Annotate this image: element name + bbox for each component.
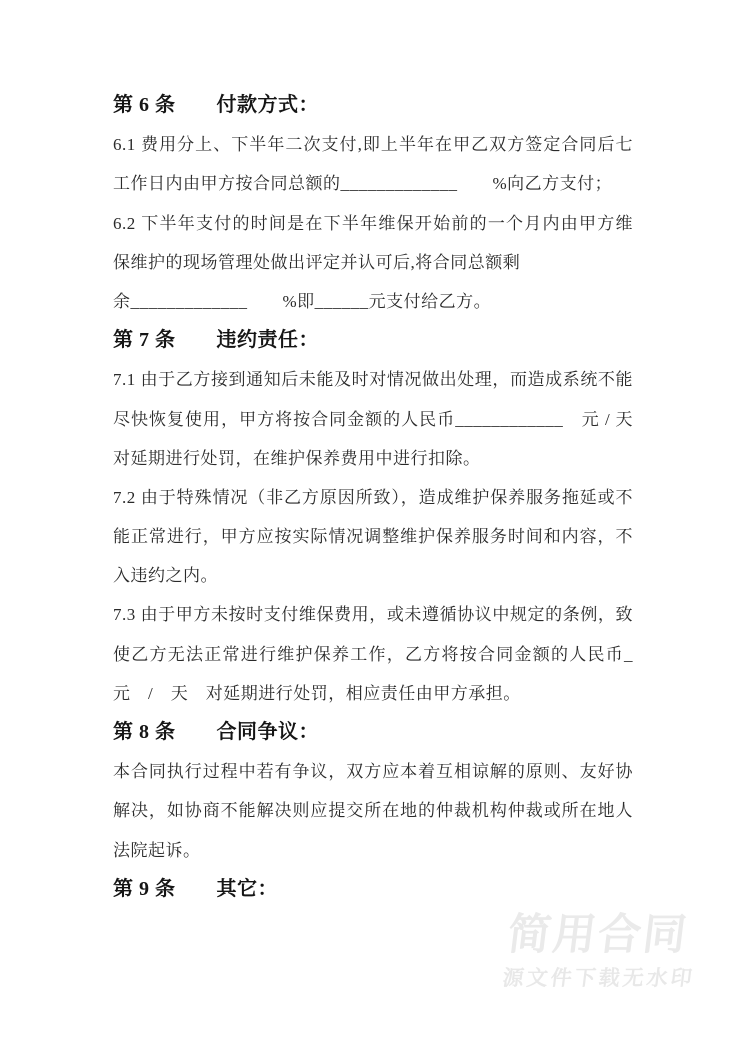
watermark-subtitle: 源文件下载无水印 — [501, 966, 696, 992]
clause-6-2-line-2: 保维护的现场管理处做出评定并认可后,将合同总额剩 — [113, 243, 633, 282]
clause-7-3-line-2: 使乙方无法正常进行维护保养工作，乙方将按合同金额的人民币_ — [113, 635, 633, 674]
clause-6-1-line-2: 工作日内由甲方按合同总额的_____________ %向乙方支付； — [113, 164, 633, 203]
clause-7-2-line-2: 能正常进行，甲方应按实际情况调整维护保养服务时间和内容，不计 — [113, 517, 633, 556]
article-8-heading: 第 8 条 合同争议： — [113, 713, 633, 752]
clause-6-2-line-1: 6.2 下半年支付的时间是在下半年维保开始前的一个月内由甲方维 — [113, 204, 633, 243]
clause-6-2-line-3: 余_____________ %即______元支付给乙方。 — [113, 282, 633, 321]
clause-7-1-line-2: 尽快恢复使用，甲方将按合同金额的人民币____________ 元 / 天 — [113, 400, 633, 439]
clause-8-line-1: 本合同执行过程中若有争议，双方应本着互相谅解的原则、友好协商 — [113, 752, 633, 791]
clause-8-line-2: 解决，如协商不能解决则应提交所在地的仲裁机构仲裁或所在地人民 — [113, 791, 633, 830]
clause-6-1-line-1: 6.1 费用分上、下半年二次支付,即上半年在甲乙双方签定合同后七个 — [113, 125, 633, 164]
watermark-title: 简用合同 — [505, 910, 703, 960]
watermark: 简用合同 源文件下载无水印 — [501, 910, 703, 992]
clause-7-1-line-1: 7.1 由于乙方接到通知后未能及时对情况做出处理，而造成系统不能 — [113, 360, 633, 399]
contract-page: 第 6 条 付款方式： 6.1 费用分上、下半年二次支付,即上半年在甲乙双方签定… — [0, 0, 742, 1049]
clause-7-2-line-3: 入违约之内。 — [113, 556, 633, 595]
clause-7-3-line-1: 7.3 由于甲方未按时支付维保费用，或未遵循协议中规定的条例，致 — [113, 595, 633, 634]
article-7-heading: 第 7 条 违约责任： — [113, 321, 633, 360]
article-6-heading: 第 6 条 付款方式： — [113, 86, 633, 125]
clause-7-1-line-3: 对延期进行处罚，在维护保养费用中进行扣除。 — [113, 439, 633, 478]
article-9-heading: 第 9 条 其它： — [113, 870, 633, 909]
clause-7-2-line-1: 7.2 由于特殊情况（非乙方原因所致），造成维护保养服务拖延或不 — [113, 478, 633, 517]
clause-8-line-3: 法院起诉。 — [113, 831, 633, 870]
contract-body: 第 6 条 付款方式： 6.1 费用分上、下半年二次支付,即上半年在甲乙双方签定… — [113, 86, 633, 909]
clause-7-3-line-3: 元 / 天 对延期进行处罚，相应责任由甲方承担。 — [113, 674, 633, 713]
